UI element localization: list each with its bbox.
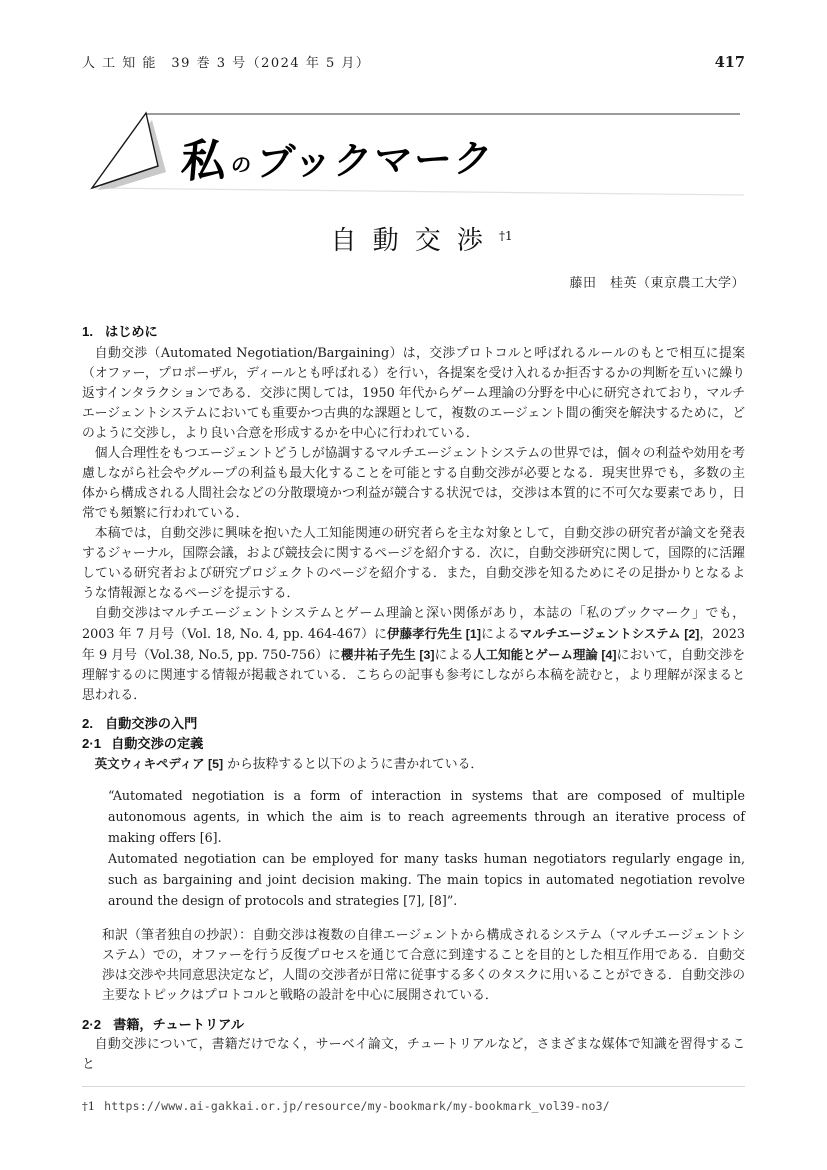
- ref-ai-and-game-theory: 人工知能とゲーム理論 [4]: [473, 648, 616, 662]
- page-header: 人 工 知 能 39 巻 3 号（2024 年 5 月） 417: [82, 52, 745, 71]
- paragraph-intro-2: 個人合理性をもつエージェントどうしが協調するマルチエージェントシステムの世界では…: [82, 444, 745, 524]
- article-title: 自動交渉†1: [82, 220, 745, 257]
- paragraph-intro-4-text: による: [435, 648, 474, 663]
- section-1-title: はじめに: [105, 324, 158, 339]
- author-line: 藤田 桂英（東京農工大学）: [82, 272, 745, 291]
- footnote-area: †1https://www.ai-gakkai.or.jp/resource/m…: [82, 1086, 745, 1113]
- subsection-2-1-title: 自動交渉の定義: [111, 736, 203, 751]
- footnote-mark: †1: [82, 1099, 95, 1113]
- paragraph-intro-4-text: による: [481, 627, 520, 642]
- section-2-title: 自動交渉の入門: [105, 716, 197, 731]
- section-2-number: 2.: [82, 716, 93, 731]
- article-body: 1.はじめに 自動交渉（Automated Negotiation/Bargai…: [82, 324, 745, 1075]
- logo-title-part1: 私: [179, 135, 231, 187]
- logo-title-part2: の: [230, 154, 254, 176]
- journal-issue-info: 人 工 知 能 39 巻 3 号（2024 年 5 月）: [82, 52, 370, 71]
- article-title-text: 自動交渉: [330, 226, 498, 256]
- page-number: 417: [715, 54, 745, 71]
- subsection-2-2-title: 書籍，チュートリアル: [113, 1017, 244, 1032]
- paragraph-intro-4: 自動交渉はマルチエージェントシステムとゲーム理論と深い関係があり，本誌の「私のブ…: [82, 604, 745, 706]
- section-2-heading: 2.自動交渉の入門: [82, 716, 745, 732]
- ref-english-wikipedia: 英文ウィキペディア [5]: [95, 757, 223, 771]
- section-1-heading: 1.はじめに: [82, 324, 745, 340]
- subsection-2-2-number: 2·2: [82, 1017, 101, 1032]
- quote-paragraph-1: “Automated negotiation is a form of inte…: [108, 785, 745, 848]
- footnote-url: https://www.ai-gakkai.or.jp/resource/my-…: [104, 1099, 610, 1113]
- title-footnote-ref: †1: [499, 229, 513, 243]
- paragraph-books-1: 自動交渉について，書籍だけでなく，サーベイ論文，チュートリアルなど，さまざまな媒…: [82, 1035, 745, 1075]
- section-1-number: 1.: [82, 324, 93, 339]
- logo-title-part3: ブックマーク: [254, 138, 495, 184]
- quote-paragraph-2: Automated negotiation can be employed fo…: [108, 848, 745, 911]
- logo-title: 私のブックマーク: [179, 119, 498, 189]
- definition-intro-line: 英文ウィキペディア [5] から抜粋すると以下のように書かれている．: [82, 754, 745, 775]
- ref-sakurai-yuko: 櫻井祐子先生 [3]: [341, 648, 434, 662]
- my-bookmark-logo: 私のブックマーク: [84, 106, 746, 198]
- paragraph-intro-3: 本稿では，自動交渉に興味を抱いた人工知能関連の研究者らを主な対象として，自動交渉…: [82, 524, 745, 604]
- subsection-2-1-heading: 2·1自動交渉の定義: [82, 736, 745, 752]
- paragraph-intro-1: 自動交渉（Automated Negotiation/Bargaining）は，…: [82, 344, 745, 444]
- japanese-translation-block: 和訳（筆者独自の抄訳）：自動交渉は複数の自律エージェントから構成されるシステム（…: [102, 925, 745, 1005]
- ref-multiagent-system: マルチエージェントシステム [2]: [520, 627, 699, 641]
- journal-page: 人 工 知 能 39 巻 3 号（2024 年 5 月） 417 私のブックマー…: [0, 0, 827, 1170]
- subsection-2-1-number: 2·1: [82, 736, 101, 751]
- ref-ito-takayuki: 伊藤孝行先生 [1]: [387, 627, 481, 641]
- wikipedia-quote-block: “Automated negotiation is a form of inte…: [108, 785, 745, 911]
- subsection-2-2-heading: 2·2書籍，チュートリアル: [82, 1017, 745, 1033]
- definition-intro-rest: から抜粋すると以下のように書かれている．: [223, 757, 483, 772]
